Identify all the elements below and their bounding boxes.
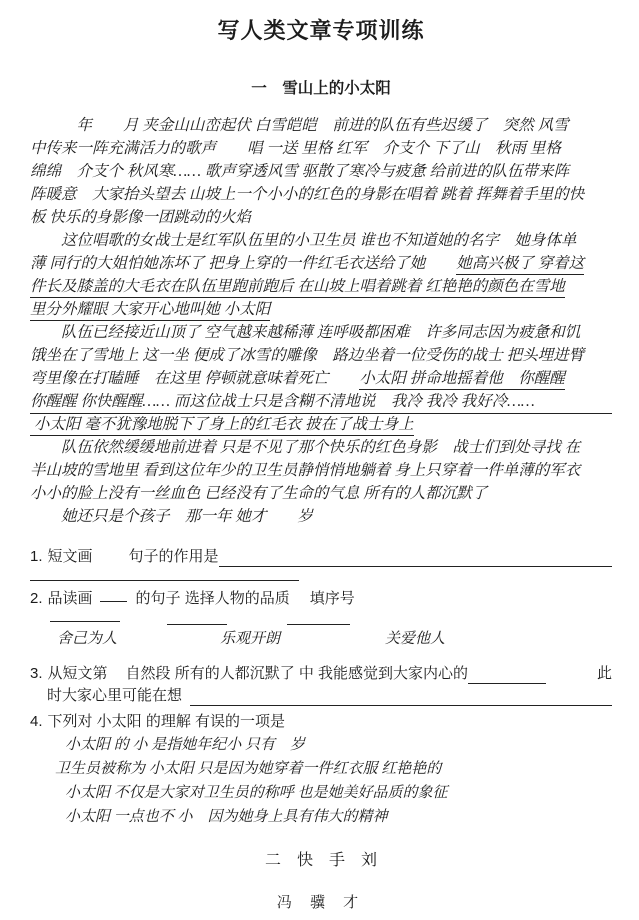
question-2-option-blank-3 [287, 624, 350, 625]
question-3-answer-blank-1 [468, 671, 546, 684]
passage-text: 薄 同行的大姐怕她冻坏了 把身上穿的一件红毛衣送给了她 [30, 255, 456, 272]
passage-text: 队伍已经接近山顶了 空气越来越稀薄 连呼吸都困难 许多同志因为疲惫和饥 [30, 324, 580, 341]
passage-text: 这位唱歌的女战士是红军队伍里的小卫生员 谁也不知道她的名字 她身体单 [30, 232, 576, 249]
question-4-option-4: 小太阳 一点也不 小 因为她身上具有伟大的精神 [30, 806, 612, 830]
passage-text: 饿坐在了雪地上 这一坐 便成了冰雪的雕像 路边坐着一位受伤的战士 把头埋进臂 [30, 347, 584, 364]
passage-line: 绵绵 介支个 秋风寒…… 歌声穿透风雪 驱散了寒冷与疲惫 给前进的队伍带来阵 [30, 161, 612, 184]
passage-line: 弯里像在打瞌睡 在这里 停顿就意味着死亡 小太阳 拼命地摇着他 你醒醒 [30, 368, 612, 391]
passage-text: 绵绵 介支个 秋风寒…… 歌声穿透风雪 驱散了寒冷与疲惫 给前进的队伍带来阵 [30, 163, 569, 180]
question-4-stem: 4. 下列对 小太阳 的理解 有误的一项是 [30, 709, 612, 732]
passage-line: 饿坐在了雪地上 这一坐 便成了冰雪的雕像 路边坐着一位受伤的战士 把头埋进臂 [30, 345, 612, 368]
question-1-line-2 [30, 567, 612, 581]
underlined-passage-text: 里分外耀眼 大家开心地叫她 小太阳 [30, 301, 270, 321]
question-3-number: 3. [30, 663, 43, 684]
question-2-suffix: 填序号 [310, 588, 355, 609]
underlined-passage-text: 她高兴极了 穿着这 [456, 255, 584, 275]
question-2-option-blank-1 [50, 621, 120, 622]
section-two-author: 冯 骥 才 [30, 891, 612, 912]
question-2-lead: 品读画 [48, 588, 93, 609]
passage: 年 月 夹金山山峦起伏 白雪皑皑 前进的队伍有些迟缓了 突然 风雪中传来一阵充满… [30, 115, 612, 529]
question-2-prompt: 的句子 选择人物的品质 [136, 588, 290, 609]
dash-line-mark [100, 601, 127, 602]
passage-line: 件长及膝盖的大毛衣在队伍里跑前跑后 在山坡上唱着跳着 红艳艳的颜色在雪地 [30, 276, 612, 299]
passage-line: 中传来一阵充满活力的歌声 唱 一送 里格 红军 介支个 下了山 秋雨 里格 [30, 138, 612, 161]
passage-line: 板 快乐的身影像一团跳动的火焰 [30, 207, 612, 230]
question-3-part-2: 自然段 所有的人都沉默了 中 我能感觉到大家内心的 [126, 663, 469, 684]
question-4-number: 4. [30, 711, 43, 732]
passage-line: 里分外耀眼 大家开心地叫她 小太阳 [30, 299, 612, 322]
passage-text: 板 快乐的身影像一团跳动的火焰 [30, 209, 251, 226]
question-2-option-blank-2 [167, 624, 227, 625]
question-3-gap [182, 705, 190, 706]
passage-line: 阵暖意 大家抬头望去 山坡上一个小小的红色的身影在唱着 跳着 挥舞着手里的快 [30, 184, 612, 207]
question-3-line-1: 3. 从短文第 自然段 所有的人都沉默了 中 我能感觉到大家内心的 此 [30, 661, 612, 684]
passage-text: 半山坡的雪地里 看到这位年少的卫生员静悄悄地躺着 身上只穿着一件单薄的军衣 [30, 462, 580, 479]
question-1-number: 1. [30, 546, 43, 567]
question-2-number: 2. [30, 588, 43, 609]
question-3-answer-blank-2 [190, 693, 612, 706]
question-1-answer-blank-2 [30, 568, 299, 581]
passage-line: 队伍依然缓缓地前进着 只是不见了那个快乐的红色身影 战士们到处寻找 在 [30, 437, 612, 460]
question-4-options: 小太阳 的 小 是指她年纪小 只有 岁 卫生员被称为 小太阳 只是因为她穿着一件… [30, 734, 612, 830]
passage-text: 队伍依然缓缓地前进着 只是不见了那个快乐的红色身影 战士们到处寻找 在 [30, 439, 580, 456]
question-3-line-2: 时大家心里可能在想 [30, 684, 612, 707]
question-4-option-1: 小太阳 的 小 是指她年纪小 只有 岁 [30, 734, 612, 758]
section-one-heading: 一 雪山上的小太阳 [30, 76, 612, 98]
underlined-passage-text: 件长及膝盖的大毛衣在队伍里跑前跑后 在山坡上唱着跳着 红艳艳的颜色在雪地 [30, 278, 565, 298]
passage-text: 小小的脸上没有一丝血色 已经没有了生命的气息 所有的人都沉默了 [30, 485, 487, 502]
passage-line: 年 月 夹金山山峦起伏 白雪皑皑 前进的队伍有些迟缓了 突然 风雪 [30, 115, 612, 138]
passage-line: 半山坡的雪地里 看到这位年少的卫生员静悄悄地躺着 身上只穿着一件单薄的军衣 [30, 460, 612, 483]
question-4-option-2: 卫生员被称为 小太阳 只是因为她穿着一件红衣服 红艳艳的 [30, 758, 612, 782]
question-4-option-3: 小太阳 不仅是大家对卫生员的称呼 也是她美好品质的象征 [30, 782, 612, 806]
page-title: 写人类文章专项训练 [30, 14, 612, 45]
question-3-paragraph-number-gap [108, 683, 126, 684]
passage-text: 她还只是个孩子 那一年 她才 岁 [30, 508, 313, 525]
question-1-answer-blank-1 [219, 554, 612, 567]
question-3-line-2-text: 时大家心里可能在想 [47, 685, 182, 706]
passage-text: 阵暖意 大家抬头望去 山坡上一个小小的红色的身影在唱着 跳着 挥舞着手里的快 [30, 186, 584, 203]
underlined-passage-text: 小太阳 拼命地摇着他 你醒醒 [359, 370, 564, 390]
passage-line: 队伍已经接近山顶了 空气越来越稀薄 连呼吸都困难 许多同志因为疲惫和饥 [30, 322, 612, 345]
quality-option-3: 关爱他人 [385, 627, 445, 648]
quality-option-1: 舍己为人 [57, 627, 117, 648]
passage-line: 你醒醒 你快醒醒…… 而这位战士只是含糊不清地说 我冷 我冷 我好冷…… [30, 391, 612, 414]
question-1-marked-sentence-gap [93, 566, 129, 567]
worksheet-page: 写人类文章专项训练 一 雪山上的小太阳 年 月 夹金山山峦起伏 白雪皑皑 前进的… [0, 0, 639, 920]
quality-option-2: 乐观开朗 [220, 627, 280, 648]
section-two-heading: 二 快 手 刘 [30, 847, 612, 870]
underlined-passage-text: 小太阳 毫不犹豫地脱下了身上的红毛衣 披在了战士身上 [30, 416, 414, 436]
passage-text: 中传来一阵充满活力的歌声 唱 一送 里格 红军 介支个 下了山 秋雨 里格 [30, 140, 561, 157]
passage-text: 年 月 夹金山山峦起伏 白雪皑皑 前进的队伍有些迟缓了 突然 风雪 [30, 117, 569, 134]
passage-line: 薄 同行的大姐怕她冻坏了 把身上穿的一件红毛衣送给了她 她高兴极了 穿着这 [30, 253, 612, 276]
passage-line: 她还只是个孩子 那一年 她才 岁 [30, 506, 612, 529]
question-3-part-3: 此 [597, 663, 612, 684]
question-2-options-row: 舍己为人 乐观开朗 关爱他人 [30, 609, 612, 657]
passage-text: 你醒醒 你快醒醒…… 而这位战士只是含糊不清地说 我冷 我冷 我好冷…… [30, 393, 535, 410]
question-1-prompt: 句子的作用是 [129, 546, 219, 567]
question-3-part-1: 从短文第 [48, 663, 108, 684]
passage-line: 小太阳 毫不犹豫地脱下了身上的红毛衣 披在了战士身上 [30, 414, 612, 437]
question-1-line-1: 1. 短文画 句子的作用是 [30, 544, 612, 567]
passage-line: 这位唱歌的女战士是红军队伍里的小卫生员 谁也不知道她的名字 她身体单 [30, 230, 612, 253]
question-1-lead: 短文画 [48, 546, 93, 567]
passage-line: 小小的脸上没有一丝血色 已经没有了生命的气息 所有的人都沉默了 [30, 483, 612, 506]
question-2-line: 2. 品读画 的句子 选择人物的品质 填序号 [30, 587, 612, 610]
question-4-stem-text: 下列对 小太阳 的理解 有误的一项是 [48, 711, 286, 732]
passage-text: 弯里像在打瞌睡 在这里 停顿就意味着死亡 [30, 370, 359, 387]
